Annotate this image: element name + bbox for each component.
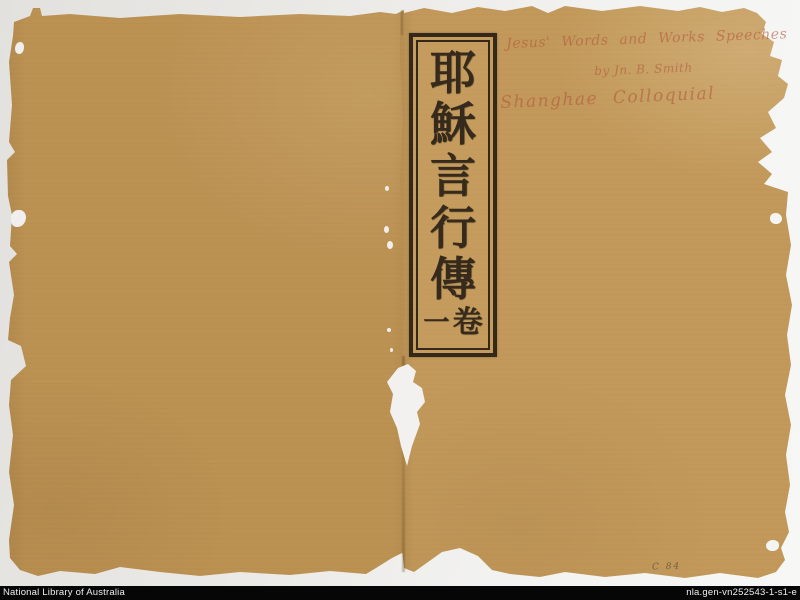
footer-bar: National Library of Australia nla.gen-vn… [0, 586, 800, 600]
title-character: 言 [430, 153, 476, 199]
paper-sheet-left [6, 8, 408, 580]
tear-speck [387, 328, 391, 332]
library-name-label: National Library of Australia [3, 588, 125, 598]
tear-speck [385, 186, 389, 191]
volume-character-one: 一 [423, 310, 449, 336]
title-label-frame: 耶 穌 言 行 傳 一 卷 [409, 33, 497, 357]
tear-hole [770, 213, 782, 224]
pencil-note: C 84 [652, 561, 682, 572]
center-fold-crease-top [401, 10, 403, 35]
title-character: 耶 [430, 50, 476, 96]
tear-speck [387, 241, 393, 249]
title-character: 穌 [430, 101, 476, 147]
tear-speck [390, 348, 393, 352]
volume-character-juan: 卷 [453, 308, 483, 338]
title-label-inner-border: 耶 穌 言 行 傳 一 卷 [416, 40, 490, 350]
title-character-column: 耶 穌 言 行 傳 [418, 42, 488, 308]
image-id-label: nla.gen-vn252543-1-s1-e [686, 588, 797, 598]
tear-speck [384, 226, 389, 233]
scan-backdrop: 耶 穌 言 行 傳 一 卷 Jesus' Words and Works Spe… [0, 0, 800, 600]
tear-hole [766, 540, 779, 551]
title-character: 行 [430, 205, 476, 251]
title-character: 傳 [430, 256, 476, 302]
volume-row: 一 卷 [418, 308, 488, 348]
